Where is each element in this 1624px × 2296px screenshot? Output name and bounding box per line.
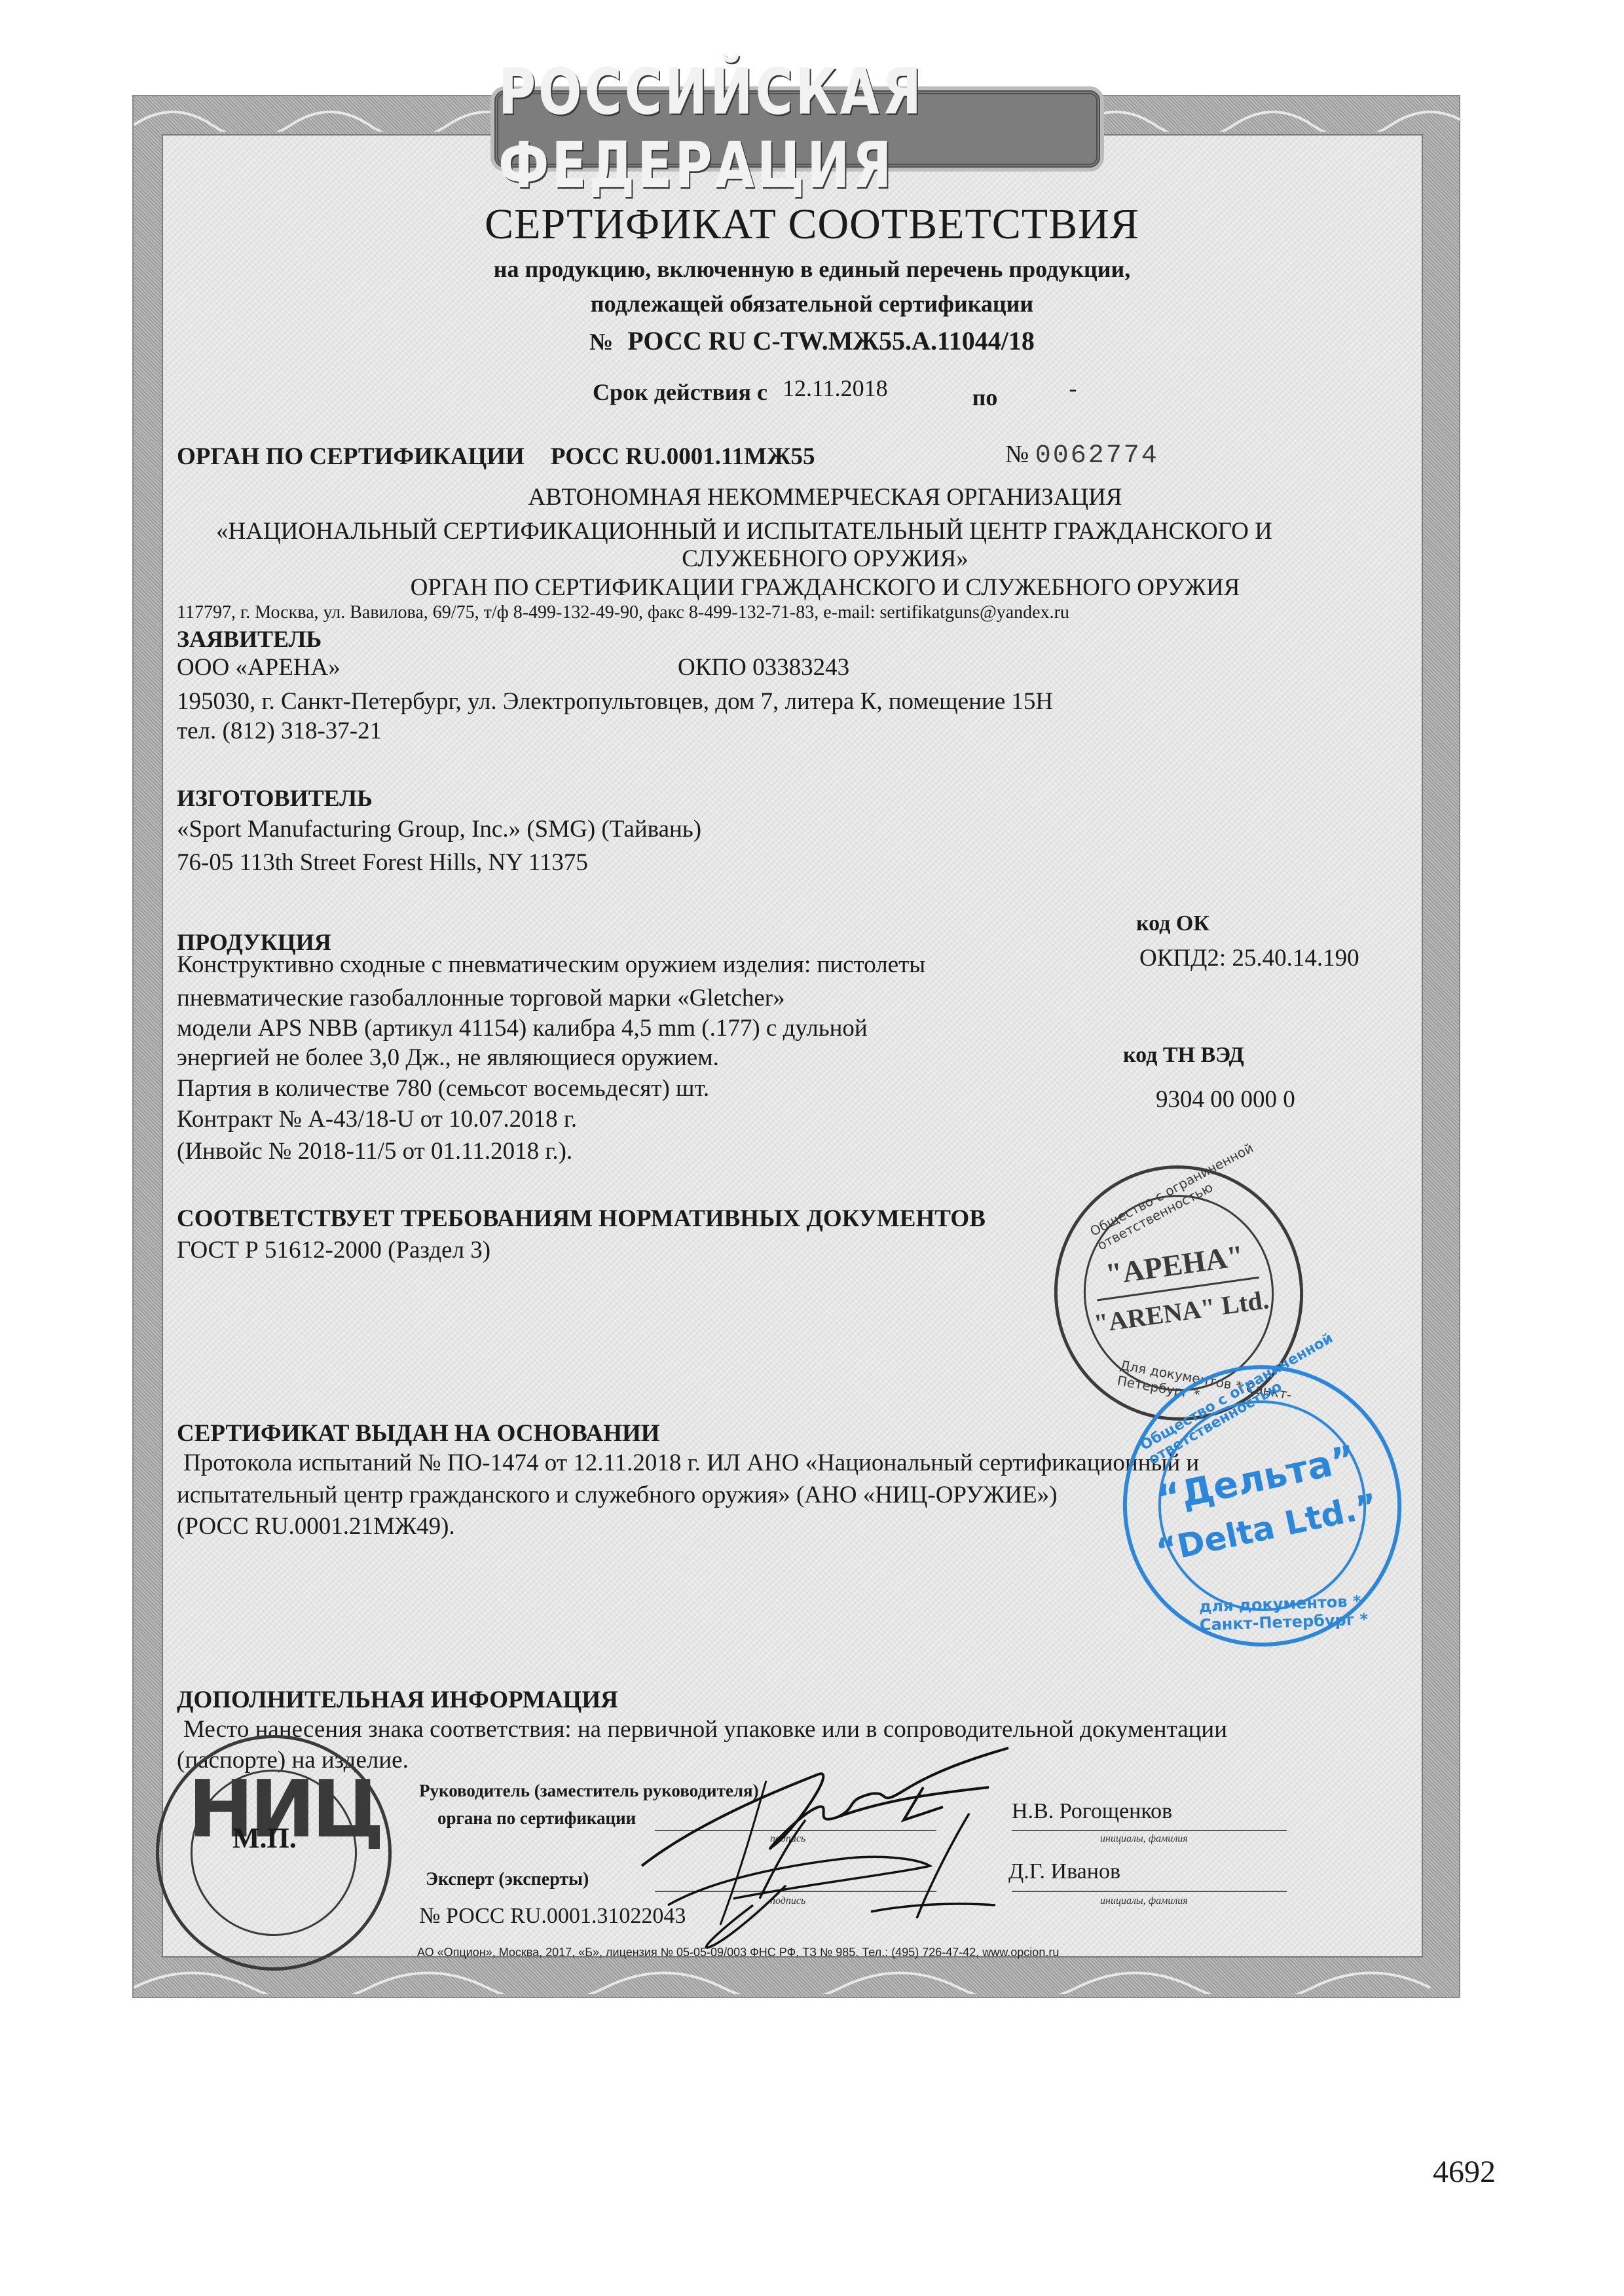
form-serial-value: 0062774 (1035, 441, 1159, 471)
head-name: Н.В. Рогощенков (1012, 1799, 1172, 1824)
banner-text: РОССИЙСКАЯ ФЕДЕРАЦИЯ (498, 56, 1096, 203)
name-caption: инициалы, фамилия (1100, 1833, 1188, 1845)
basis-line: (РОСС RU.0001.21МЖ49). (177, 1512, 455, 1540)
certification-body-code: РОСС RU.0001.11МЖ55 (551, 443, 815, 470)
expert-signature-icon (655, 1807, 1022, 1958)
org-line-3: СЛУЖЕБНОГО ОРУЖИЯ» (0, 545, 1624, 573)
form-serial-number: № 0062774 (1005, 440, 1159, 471)
product-line: пневматические газобаллонные торговой ма… (177, 984, 785, 1012)
manufacturer-name: «Sport Manufacturing Group, Inc.» (SMG) … (177, 815, 701, 843)
certificate-number-label: № (589, 329, 613, 355)
ok-code-value: ОКПД2: 25.40.14.190 (1139, 944, 1359, 972)
product-line: энергией не более 3,0 Дж., не являющиеся… (177, 1044, 719, 1072)
org-line-4: ОРГАН ПО СЕРТИФИКАЦИИ ГРАЖДАНСКОГО И СЛУ… (0, 574, 1624, 602)
certificate-subtitle-line2: подлежащей обязательной сертификации (0, 290, 1624, 318)
applicant-phone: тел. (812) 318-37-21 (177, 717, 382, 745)
basis-line: Протокола испытаний № ПО-1474 от 12.11.2… (183, 1449, 1199, 1477)
conformity-standard: ГОСТ Р 51612-2000 (Раздел 3) (177, 1236, 490, 1264)
stamp-ring-text: для документов * Санкт-Петербург * (1198, 1590, 1421, 1635)
valid-from-date: 12.11.2018 (783, 375, 888, 401)
valid-to-date: - (1069, 375, 1077, 401)
product-line: Контракт № A-43/18-U от 10.07.2018 г. (177, 1105, 577, 1133)
expert-label: Эксперт (эксперты) (426, 1869, 589, 1890)
head-label-line2: органа по сертификации (437, 1808, 636, 1829)
basis-line: испытательный центр гражданского и служе… (177, 1481, 1058, 1509)
certificate-number-value: РОСС RU C-TW.МЖ55.А.11044/18 (627, 326, 1035, 355)
conformity-heading: СООТВЕТСТВУЕТ ТРЕБОВАНИЯМ НОРМАТИВНЫХ ДО… (177, 1205, 986, 1233)
certificate-title: СЕРТИФИКАТ СООТВЕТСТВИЯ (0, 200, 1624, 249)
form-serial-label: № (1005, 441, 1029, 468)
validity-label: Срок действия с (593, 379, 767, 405)
expert-name-line (1012, 1891, 1287, 1892)
tnved-value: 9304 00 000 0 (1156, 1085, 1295, 1114)
certificate-subtitle-line1: на продукцию, включенную в единый перече… (0, 255, 1624, 283)
tnved-heading: код ТН ВЭД (1123, 1043, 1244, 1068)
name-caption: инициалы, фамилия (1100, 1895, 1188, 1907)
product-line: Партия в количестве 780 (семьсот восемьд… (177, 1074, 709, 1102)
head-name-line (1012, 1830, 1287, 1831)
certification-body-label: ОРГАН ПО СЕРТИФИКАЦИИ (177, 443, 525, 470)
org-line-2: «НАЦИОНАЛЬНЫЙ СЕРТИФИКАЦИОННЫЙ И ИСПЫТАТ… (216, 517, 1272, 545)
org-contacts: 117797, г. Москва, ул. Вавилова, 69/75, … (177, 602, 1069, 623)
product-line: (Инвойс № 2018-11/5 от 01.11.2018 г.). (177, 1137, 572, 1165)
manufacturer-address: 76-05 113th Street Forest Hills, NY 1137… (177, 848, 588, 877)
printer-imprint: АО «Опцион», Москва, 2017, «Б», лицензия… (417, 1946, 1059, 1959)
applicant-okpo: ОКПО 03383243 (678, 653, 849, 682)
certificate-number: №РОСС RU C-TW.МЖ55.А.11044/18 (589, 325, 1035, 356)
seal-place-label: М.П. (232, 1821, 297, 1855)
manufacturer-heading: ИЗГОТОВИТЕЛЬ (177, 784, 373, 812)
ok-code-heading: код ОК (1136, 911, 1209, 936)
valid-to-label: по (972, 384, 998, 410)
applicant-name: ООО «АРЕНА» (177, 653, 341, 682)
border-wave-pattern-bottom (134, 1961, 1462, 1994)
applicant-heading: ЗАЯВИТЕЛЬ (177, 625, 322, 653)
basis-heading: СЕРТИФИКАТ ВЫДАН НА ОСНОВАНИИ (177, 1419, 660, 1448)
additional-info-heading: ДОПОЛНИТЕЛЬНАЯ ИНФОРМАЦИЯ (177, 1686, 618, 1714)
product-line: Конструктивно сходные с пневматическим о… (177, 951, 925, 979)
org-line-1: АВТОНОМНАЯ НЕКОММЕРЧЕСКАЯ ОРГАНИЗАЦИЯ (0, 483, 1624, 511)
certification-body-heading: ОРГАН ПО СЕРТИФИКАЦИИРОСС RU.0001.11МЖ55 (177, 443, 815, 471)
country-banner: РОССИЙСКАЯ ФЕДЕРАЦИЯ (494, 90, 1100, 168)
applicant-address: 195030, г. Санкт-Петербург, ул. Электроп… (177, 687, 1053, 716)
validity-period: Срок действия с 12.11.2018 по - (593, 378, 1077, 406)
product-line: модели APS NBB (артикул 41154) калибра 4… (177, 1014, 868, 1042)
page-number: 4692 (1433, 2154, 1496, 2190)
